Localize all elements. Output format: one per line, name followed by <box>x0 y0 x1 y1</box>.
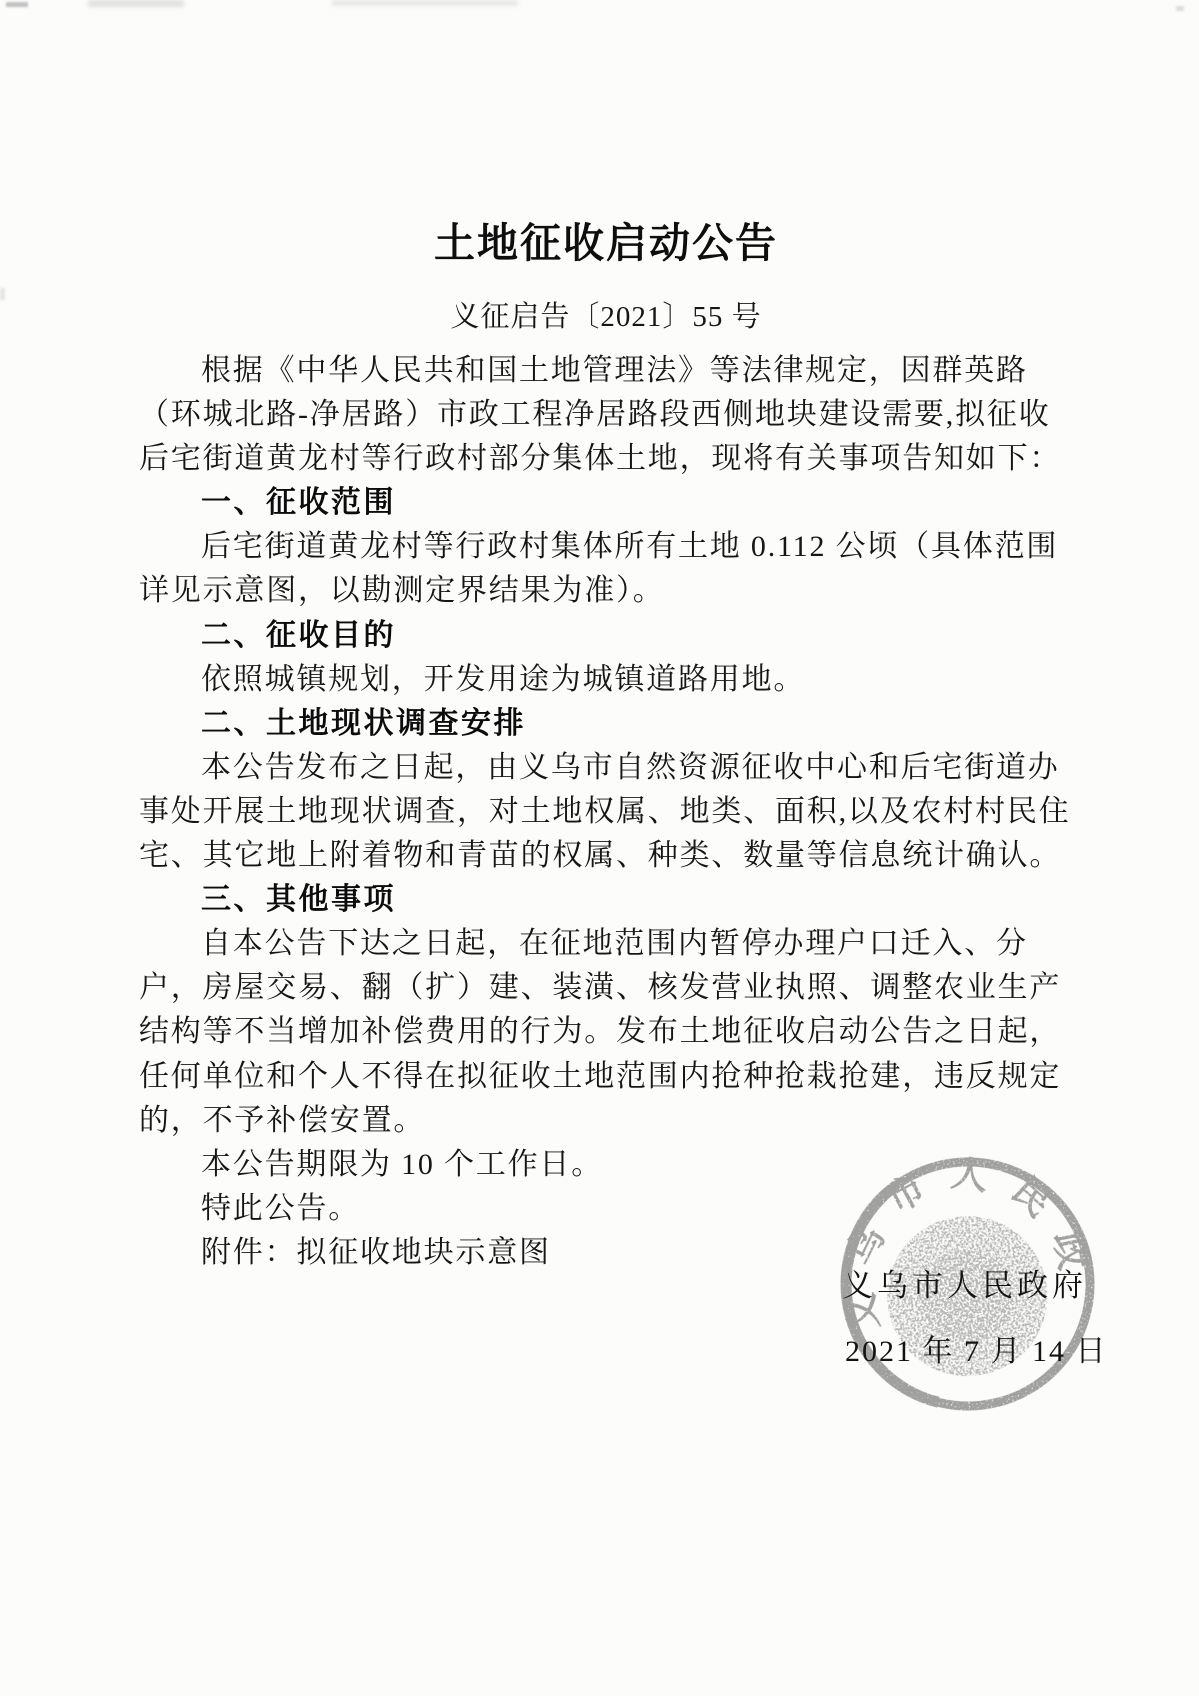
section-heading-2: 二、征收目的 <box>139 614 1073 658</box>
paragraph-line: 根据《中华人民共和国土地管理法》等法律规定，因群英路 <box>139 349 1073 393</box>
paragraph-line: 详见示意图，以勘测定界结果为准）。 <box>139 569 1073 613</box>
paragraph-line: 户，房屋交易、翻（扩）建、装潢、核发营业执照、调整农业生产 <box>139 966 1073 1010</box>
paragraph-line: 结构等不当增加补偿费用的行为。发布土地征收启动公告之日起， <box>139 1010 1073 1054</box>
section-heading-3: 二、土地现状调查安排 <box>139 702 1073 746</box>
scan-artifact <box>88 0 184 7</box>
paragraph-line: 事处开展土地现状调查，对土地权属、地类、面积,以及农村村民住 <box>139 790 1073 834</box>
signature-date: 2021 年 7 月 14 日 <box>845 1326 1108 1370</box>
paragraph-line: 的，不予补偿安置。 <box>139 1099 1073 1143</box>
paragraph-line: 后宅街道黄龙村等行政村部分集体土地，现将有关事项告知如下： <box>139 437 1073 481</box>
document-number: 义征启告〔2021〕55 号 <box>139 299 1073 335</box>
scan-artifact <box>1176 6 1184 11</box>
document-body: 土地征收启动公告 义征启告〔2021〕55 号 根据《中华人民共和国土地管理法》… <box>139 210 1073 1275</box>
paragraph-line: 本公告发布之日起，由义乌市自然资源征收中心和后宅街道办 <box>139 746 1073 790</box>
section-heading-1: 一、征收范围 <box>139 481 1073 525</box>
paragraph-line: （环城北路-净居路）市政工程净居路段西侧地块建设需要,拟征收 <box>139 393 1073 437</box>
scan-artifact <box>6 2 28 7</box>
scan-artifact <box>0 288 5 300</box>
scanned-document-page: 土地征收启动公告 义征启告〔2021〕55 号 根据《中华人民共和国土地管理法》… <box>0 0 1199 1696</box>
paragraph-line: 任何单位和个人不得在拟征收土地范围内抢种抢栽抢建，违反规定 <box>139 1055 1073 1099</box>
signature-org: 义乌市人民政府 <box>842 1260 1087 1305</box>
document-title: 土地征收启动公告 <box>139 210 1073 269</box>
scan-artifact <box>332 0 518 6</box>
section-heading-4: 三、其他事项 <box>139 878 1073 922</box>
paragraph-line: 后宅街道黄龙村等行政村集体所有土地 0.112 公顷（具体范围 <box>139 525 1073 569</box>
paragraph-line: 依照城镇规划，开发用途为城镇道路用地。 <box>139 658 1073 702</box>
paragraph-line: 自本公告下达之日起，在征地范围内暂停办理户口迁入、分 <box>139 922 1073 966</box>
paragraph-line: 宅、其它地上附着物和青苗的权属、种类、数量等信息统计确认。 <box>139 834 1073 878</box>
